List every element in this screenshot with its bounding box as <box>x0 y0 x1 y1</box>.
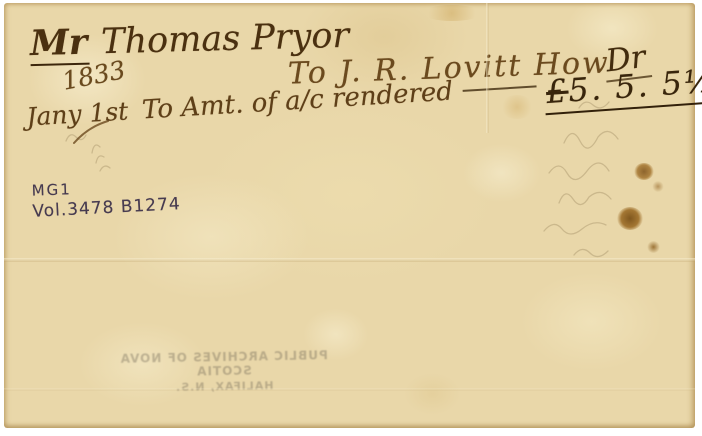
stamp-line1: PUBLIC ARCHIVES OF NOVA SCOTIA <box>92 348 356 381</box>
horizontal-fold-crease <box>4 388 695 391</box>
addressee-prefix: Mr <box>30 22 90 67</box>
ink-stain <box>652 181 664 192</box>
archival-reference: MG1 Vol.3478 B1274 <box>31 176 181 220</box>
document-paper: MrThomas Pryor To J. R. Lovitt How Dr 18… <box>4 3 695 428</box>
paper-discoloration <box>500 95 534 119</box>
scanned-document: MrThomas Pryor To J. R. Lovitt How Dr 18… <box>0 0 702 436</box>
ink-stain <box>634 163 654 180</box>
entry-date: Jany 1st <box>26 96 129 131</box>
flourish-dash <box>463 85 537 92</box>
ink-stain <box>647 241 660 253</box>
paper-discoloration <box>422 5 482 21</box>
vertical-fold-crease <box>486 3 489 133</box>
horizontal-fold-crease <box>4 258 695 262</box>
stamp-line2: HALIFAX, N.S. <box>92 378 356 396</box>
pound-sign: £ <box>545 72 570 111</box>
ink-stain <box>617 207 643 230</box>
